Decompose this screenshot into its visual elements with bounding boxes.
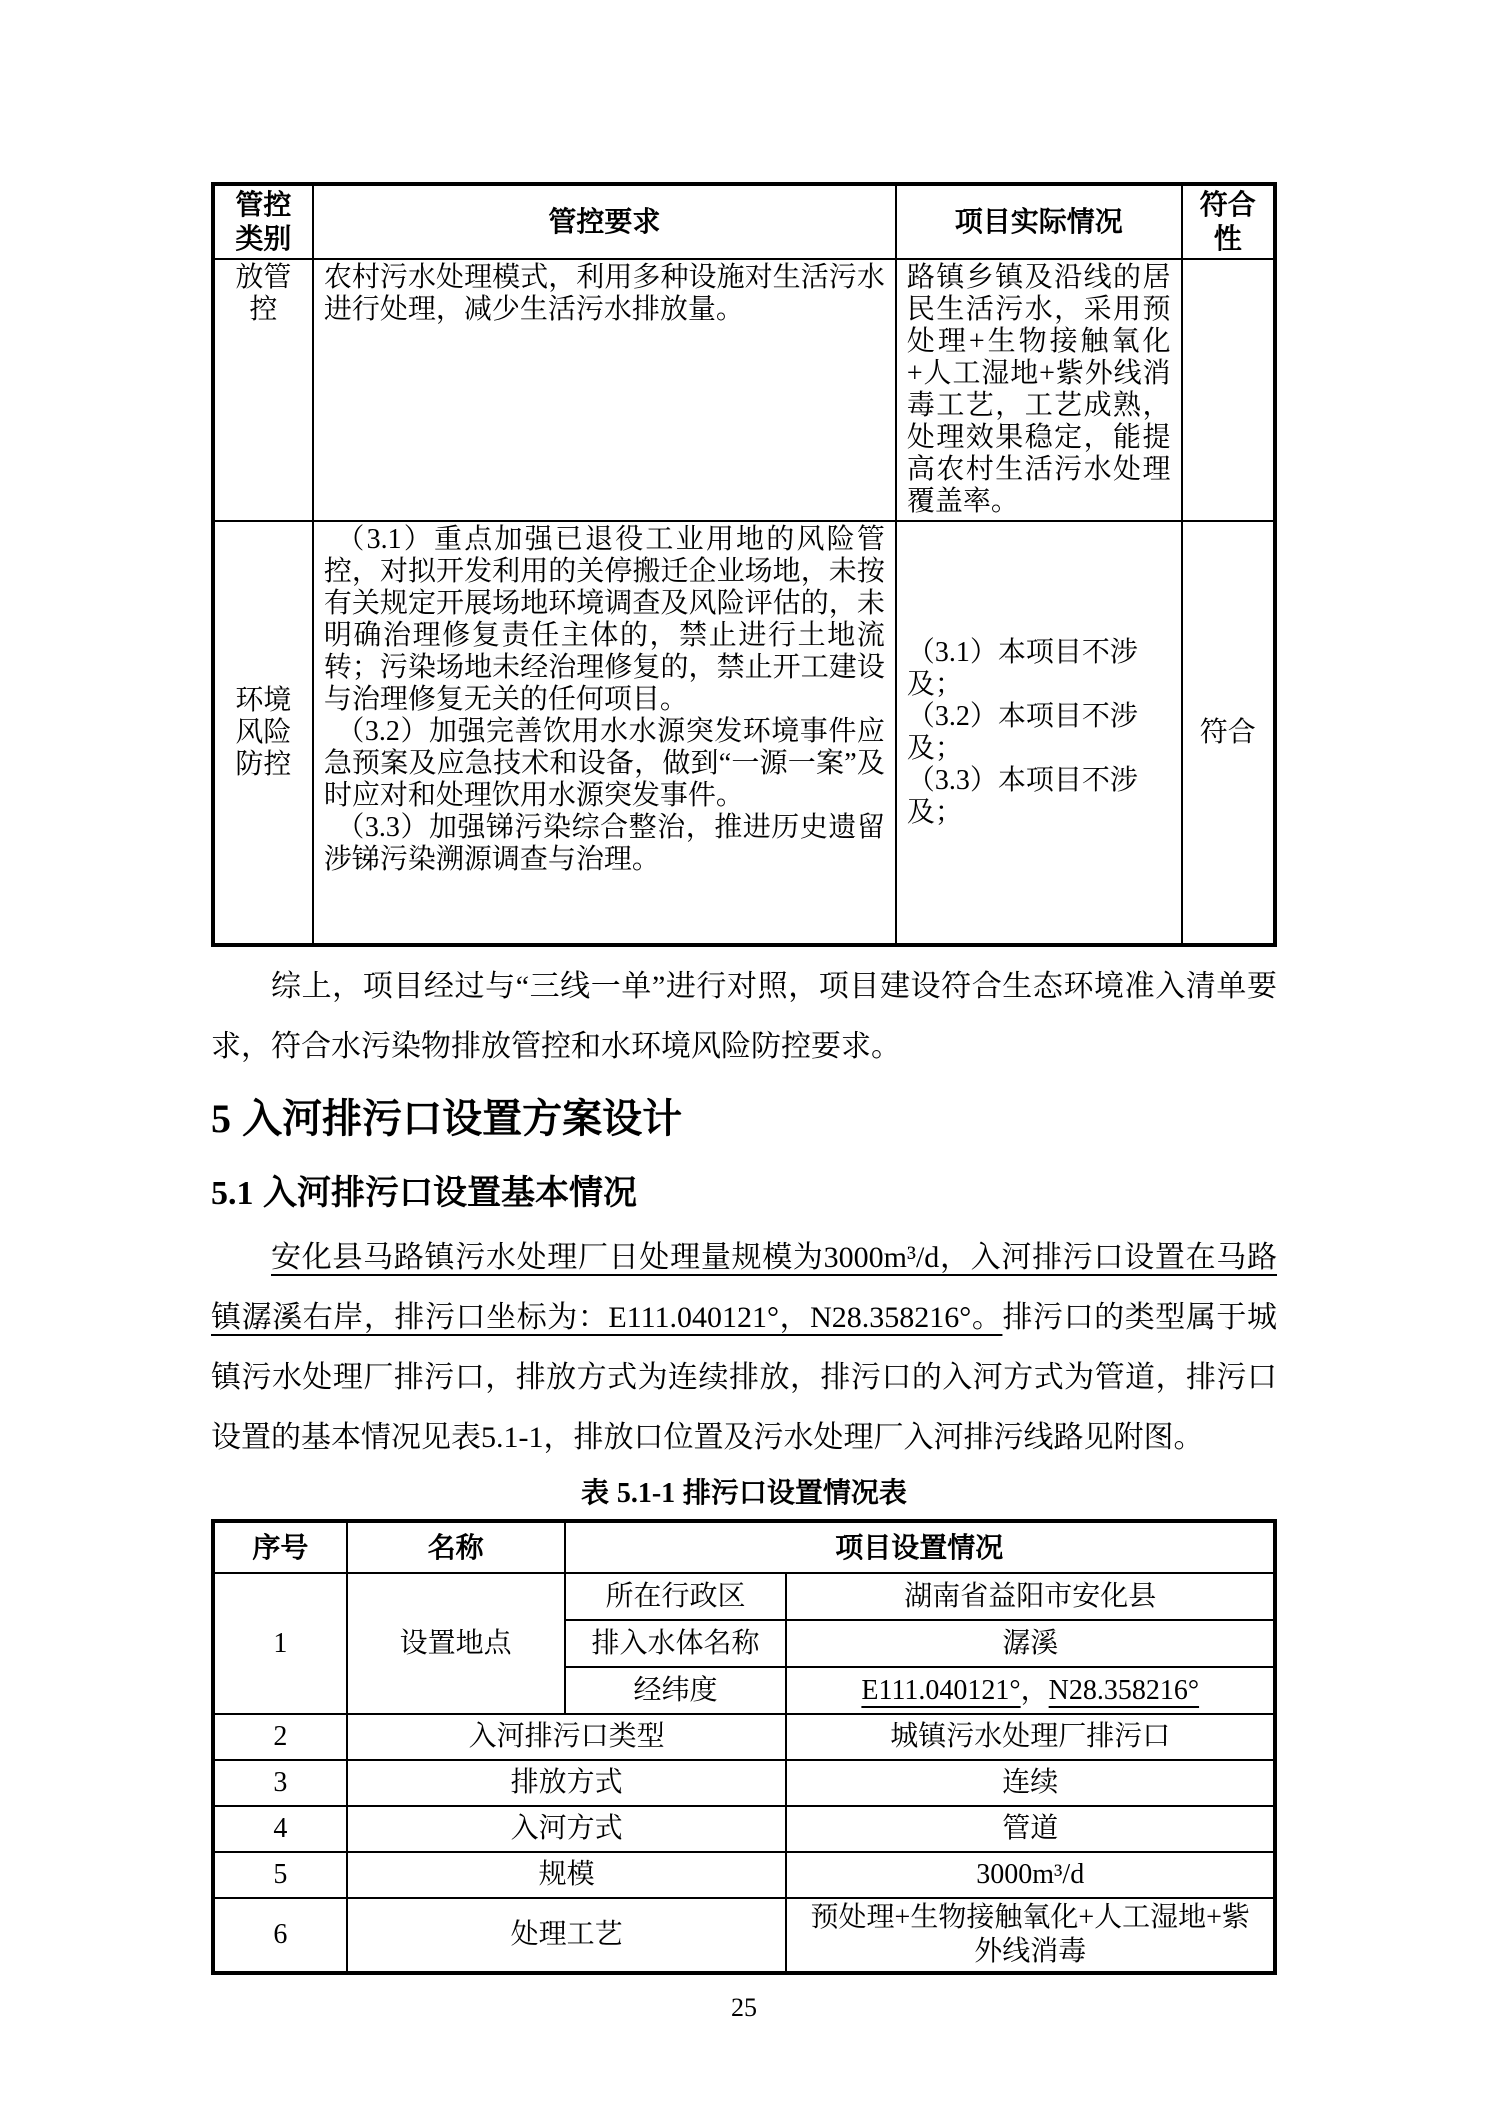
header-cell-conformity: 符合 性 (1182, 184, 1275, 259)
table-row: 3 排放方式 连续 (213, 1760, 1275, 1806)
requirement-item: （3.3）加强锑污染综合整治，推进历史遗留涉锑污染溯源调查与治理。 (324, 812, 885, 876)
row-no-cell: 1 (213, 1573, 347, 1714)
table-row: 2 入河排污口类型 城镇污水处理厂排污口 (213, 1714, 1275, 1760)
conformity-cell: 符合 (1182, 521, 1275, 945)
requirement-cell: 农村污水处理模式，利用多种设施对生活污水进行处理，减少生活污水排放量。 (313, 259, 896, 521)
table-row: 4 入河方式 管道 (213, 1806, 1275, 1852)
category-cell: 环境 风险 防控 (213, 521, 313, 945)
row-value-cell: 3000m³/d (786, 1852, 1275, 1898)
table-caption: 表 5.1-1 排污口设置情况表 (211, 1474, 1277, 1513)
header-cell-setting: 项目设置情况 (565, 1521, 1276, 1573)
header-cell-actual: 项目实际情况 (896, 184, 1182, 259)
caption-prefix: 表 (581, 1477, 617, 1508)
requirement-cell: （3.1）重点加强已退役工业用地的风险管控，对拟开发利用的关停搬迁企业场地，未按… (313, 521, 896, 945)
coordinates-cell: E111.040121°，N28.358216° (786, 1667, 1275, 1714)
caption-number: 5.1-1 (617, 1478, 675, 1509)
document-page: 管控 类别 管控要求 项目实际情况 符合 性 放管 控 农村污水处理模式，利用多… (211, 0, 1277, 2023)
row-name-cell: 处理工艺 (347, 1898, 787, 1973)
page-number: 25 (211, 1993, 1277, 2023)
row-name-cell: 排放方式 (347, 1760, 787, 1806)
requirement-item: （3.1）重点加强已退役工业用地的风险管控，对拟开发利用的关停搬迁企业场地，未按… (324, 524, 885, 716)
outlet-table-header-row: 序号 名称 项目设置情况 (213, 1521, 1275, 1573)
actual-cell: （3.1）本项目不涉及； （3.2）本项目不涉及； （3.3）本项目不涉及； (896, 521, 1182, 945)
coordinate-separator: ， (1021, 1675, 1049, 1706)
row-value-cell: 城镇污水处理厂排污口 (786, 1714, 1275, 1760)
section-number: 5 (211, 1096, 231, 1141)
table-row: 5 规模 3000m³/d (213, 1852, 1275, 1898)
header-cell-name: 名称 (347, 1521, 565, 1573)
table-row: 放管 控 农村污水处理模式，利用多种设施对生活污水进行处理，减少生活污水排放量。… (213, 259, 1275, 521)
section-title: 入河排污口设置方案设计 (231, 1097, 682, 1141)
caption-title: 排污口设置情况表 (675, 1477, 907, 1508)
requirement-item: （3.2）加强完善饮用水水源突发环境事件应急预案及应急技术和设备，做到“一源一案… (324, 716, 885, 812)
row-value-cell: 预处理+生物接触氧化+人工湿地+紫外线消毒 (786, 1898, 1275, 1973)
sub-label-cell: 排入水体名称 (565, 1620, 787, 1667)
row-no-cell: 2 (213, 1714, 347, 1760)
conformity-cell (1182, 259, 1275, 521)
compliance-table: 管控 类别 管控要求 项目实际情况 符合 性 放管 控 农村污水处理模式，利用多… (211, 182, 1277, 947)
actual-cell: 路镇乡镇及沿线的居民生活污水，采用预处理+生物接触氧化+人工湿地+紫外线消毒工艺… (896, 259, 1182, 521)
latitude-value: N28.358216° (1049, 1675, 1199, 1706)
section-heading: 5 入河排污口设置方案设计 (211, 1093, 1277, 1145)
table-row: 1 设置地点 所在行政区 湖南省益阳市安化县 (213, 1573, 1275, 1620)
outlet-table: 序号 名称 项目设置情况 1 设置地点 所在行政区 湖南省益阳市安化县 排入水体… (211, 1519, 1277, 1975)
row-value-cell: 连续 (786, 1760, 1275, 1806)
table-row: 6 处理工艺 预处理+生物接触氧化+人工湿地+紫外线消毒 (213, 1898, 1275, 1973)
row-name-cell: 入河排污口类型 (347, 1714, 787, 1760)
compliance-table-header-row: 管控 类别 管控要求 项目实际情况 符合 性 (213, 184, 1275, 259)
row-no-cell: 3 (213, 1760, 347, 1806)
sub-value-cell: 潺溪 (786, 1620, 1275, 1667)
sub-value-cell: 湖南省益阳市安化县 (786, 1573, 1275, 1620)
sub-label-cell: 所在行政区 (565, 1573, 787, 1620)
longitude-value: E111.040121° (861, 1675, 1020, 1706)
subsection-heading: 5.1 入河排污口设置基本情况 (211, 1171, 1277, 1216)
summary-paragraph: 综上，项目经过与“三线一单”进行对照，项目建设符合生态环境准入清单要求，符合水污… (211, 957, 1277, 1077)
subsection-number: 5.1 (211, 1175, 254, 1212)
header-cell-requirement: 管控要求 (313, 184, 896, 259)
header-cell-category: 管控 类别 (213, 184, 313, 259)
row-value-cell: 管道 (786, 1806, 1275, 1852)
row-name-cell: 入河方式 (347, 1806, 787, 1852)
sub-label-cell: 经纬度 (565, 1667, 787, 1714)
row-name-cell: 设置地点 (347, 1573, 565, 1714)
table-row: 环境 风险 防控 （3.1）重点加强已退役工业用地的风险管控，对拟开发利用的关停… (213, 521, 1275, 945)
header-cell-no: 序号 (213, 1521, 347, 1573)
row-no-cell: 4 (213, 1806, 347, 1852)
row-no-cell: 5 (213, 1852, 347, 1898)
subsection-title: 入河排污口设置基本情况 (254, 1174, 637, 1212)
category-cell: 放管 控 (213, 259, 313, 521)
row-name-cell: 规模 (347, 1852, 787, 1898)
row-no-cell: 6 (213, 1898, 347, 1973)
intro-paragraph: 安化县马路镇污水处理厂日处理量规模为3000m³/d，入河排污口设置在马路镇潺溪… (211, 1228, 1277, 1468)
